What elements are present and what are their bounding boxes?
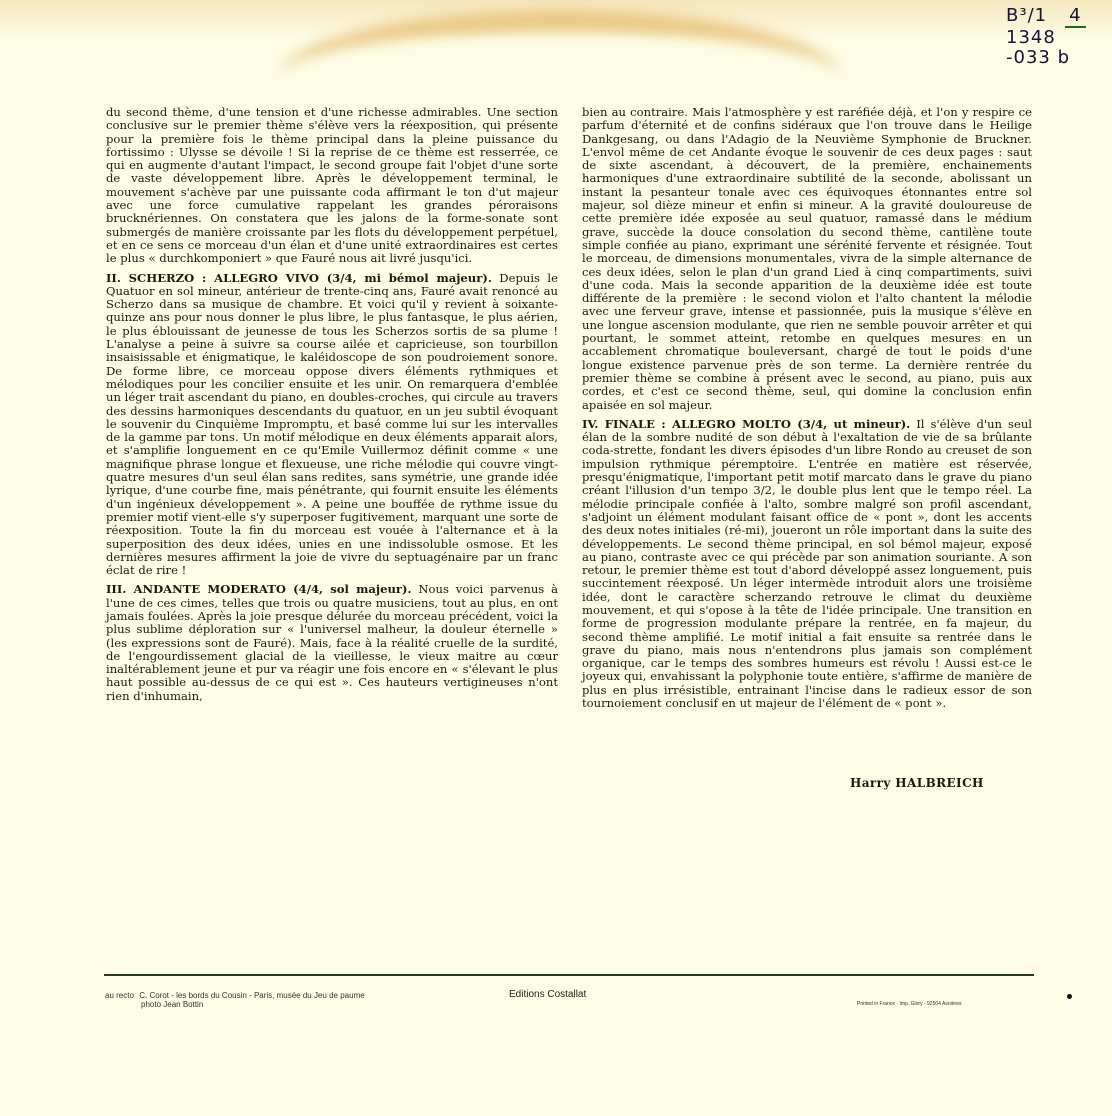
paragraph-andante-cont: bien au contraire. Mais l'atmosphère y e… [582, 106, 1032, 412]
paragraph-andante: III. ANDANTE MODERATO (4/4, sol majeur).… [106, 583, 558, 703]
credit-label: au recto [105, 991, 137, 1000]
paragraph-text: du second thème, d'une tension et d'une … [106, 105, 558, 265]
credit-line-2: photo Jean Bottin [105, 1000, 365, 1009]
catalog-line-2: 1348 [1006, 28, 1106, 48]
section-heading-scherzo: II. SCHERZO : ALLEGRO VIVO (3/4, mi bémo… [106, 271, 492, 285]
section-heading-finale: IV. FINALE : ALLEGRO MOLTO (3/4, ut mine… [582, 417, 910, 431]
catalog-line-3: -033 b [1006, 48, 1106, 68]
water-stain-top [0, 0, 1112, 40]
catalog-shelf: B³/1 [1006, 5, 1047, 26]
credit-line-1: C. Corot - les bords du Cousin - Paris, … [139, 991, 364, 1000]
author-signature: Harry HALBREICH [850, 776, 984, 790]
paragraph-scherzo: II. SCHERZO : ALLEGRO VIVO (3/4, mi bémo… [106, 272, 558, 578]
paragraph-text: bien au contraire. Mais l'atmosphère y e… [582, 105, 1032, 412]
publisher-name: Editions Costallat [509, 989, 586, 1000]
catalog-suffix: 4 [1065, 6, 1085, 28]
paragraph-intro: du second thème, d'une tension et d'une … [106, 106, 558, 266]
paragraph-text: Depuis le Quatuor en sol mineur, antérie… [106, 271, 558, 578]
paragraph-finale: IV. FINALE : ALLEGRO MOLTO (3/4, ut mine… [582, 418, 1032, 711]
footer-rule [104, 974, 1034, 976]
paragraph-text: Il s'élève d'un seul élan de la sombre n… [582, 417, 1032, 710]
section-heading-andante: III. ANDANTE MODERATO (4/4, sol majeur). [106, 582, 412, 596]
right-column: bien au contraire. Mais l'atmosphère y e… [582, 106, 1032, 716]
left-column: du second thème, d'une tension et d'une … [106, 106, 558, 709]
cover-credit: au recto C. Corot - les bords du Cousin … [105, 991, 365, 1009]
paragraph-text: Nous voici parvenus à l'une de ces cimes… [106, 582, 558, 702]
printer-info: Printed in France · Imp. Glory · 92504 A… [857, 1001, 962, 1007]
handwritten-catalog-number: B³/14 1348 -033 b [1006, 6, 1106, 68]
ink-dot [1067, 994, 1072, 999]
